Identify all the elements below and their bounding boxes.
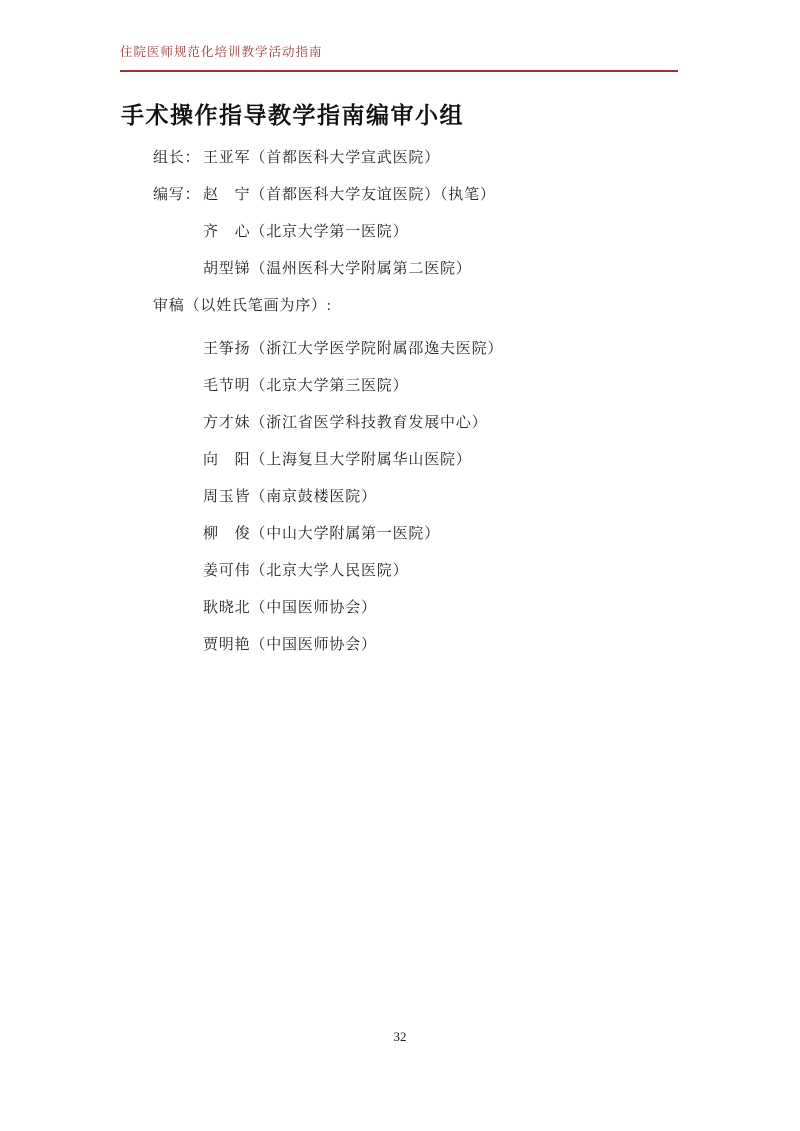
page-title: 手术操作指导教学指南编审小组 — [121, 97, 464, 130]
reviewer-name: 方才妹（浙江省医学科技教育发展中心） — [203, 415, 487, 431]
reviewer-name: 柳 俊（中山大学附属第一医院） — [203, 526, 440, 542]
roster-line-reviewer: 向 阳（上海复旦大学附属华山医院） — [153, 451, 503, 488]
writer-label: 编写： — [153, 186, 203, 205]
roster-line-reviewer: 王筝扬（浙江大学医学院附属邵逸夫医院） — [153, 340, 503, 377]
running-header: 住院医师规范化培训教学活动指南 — [120, 42, 323, 60]
writer-name: 齐 心（北京大学第一医院） — [203, 224, 408, 240]
reviewer-name: 毛节明（北京大学第三医院） — [203, 378, 408, 394]
reviewer-label: 审稿（以姓氏笔画为序）: — [153, 298, 332, 314]
roster-line-writer: 齐 心（北京大学第一医院） — [153, 223, 503, 260]
roster-line-reviewer: 方才妹（浙江省医学科技教育发展中心） — [153, 414, 503, 451]
writer-name: 赵 宁（首都医科大学友谊医院）（执笔） — [203, 187, 496, 203]
roster-line-reviewer: 耿晓北（中国医师协会） — [153, 599, 503, 636]
reviewer-list: 王筝扬（浙江大学医学院附属邵逸夫医院） 毛节明（北京大学第三医院） 方才妹（浙江… — [153, 340, 503, 673]
roster-line-reviewer: 贾明艳（中国医师协会） — [153, 636, 503, 673]
reviewer-name: 王筝扬（浙江大学医学院附属邵逸夫医院） — [203, 341, 503, 357]
editorial-roster: 组长：王亚军（首都医科大学宣武医院） 编写：赵 宁（首都医科大学友谊医院）（执笔… — [153, 149, 503, 673]
roster-line-writer: 编写：赵 宁（首都医科大学友谊医院）（执笔） — [153, 186, 503, 223]
leader-name: 王亚军（首都医科大学宣武医院） — [203, 150, 440, 166]
document-page: 住院医师规范化培训教学活动指南 手术操作指导教学指南编审小组 组长：王亚军（首都… — [0, 0, 800, 1131]
reviewer-name: 向 阳（上海复旦大学附属华山医院） — [203, 452, 472, 468]
reviewer-name: 姜可伟（北京大学人民医院） — [203, 563, 408, 579]
writer-name: 胡型锑（温州医科大学附属第二医院） — [203, 261, 472, 277]
roster-line-reviewer: 柳 俊（中山大学附属第一医院） — [153, 525, 503, 562]
page-number: 32 — [0, 1029, 800, 1045]
roster-line-reviewer: 姜可伟（北京大学人民医院） — [153, 562, 503, 599]
roster-line-leader: 组长：王亚军（首都医科大学宣武医院） — [153, 149, 503, 186]
header-rule-divider — [120, 70, 678, 72]
reviewer-name: 耿晓北（中国医师协会） — [203, 600, 377, 616]
roster-line-reviewer: 周玉皆（南京鼓楼医院） — [153, 488, 503, 525]
reviewer-name: 贾明艳（中国医师协会） — [203, 637, 377, 653]
roster-line-reviewer: 毛节明（北京大学第三医院） — [153, 377, 503, 414]
roster-line-writer: 胡型锑（温州医科大学附属第二医院） — [153, 260, 503, 297]
leader-label: 组长： — [153, 149, 203, 168]
roster-line-reviewer-label: 审稿（以姓氏笔画为序）: — [153, 297, 503, 334]
reviewer-name: 周玉皆（南京鼓楼医院） — [203, 489, 377, 505]
